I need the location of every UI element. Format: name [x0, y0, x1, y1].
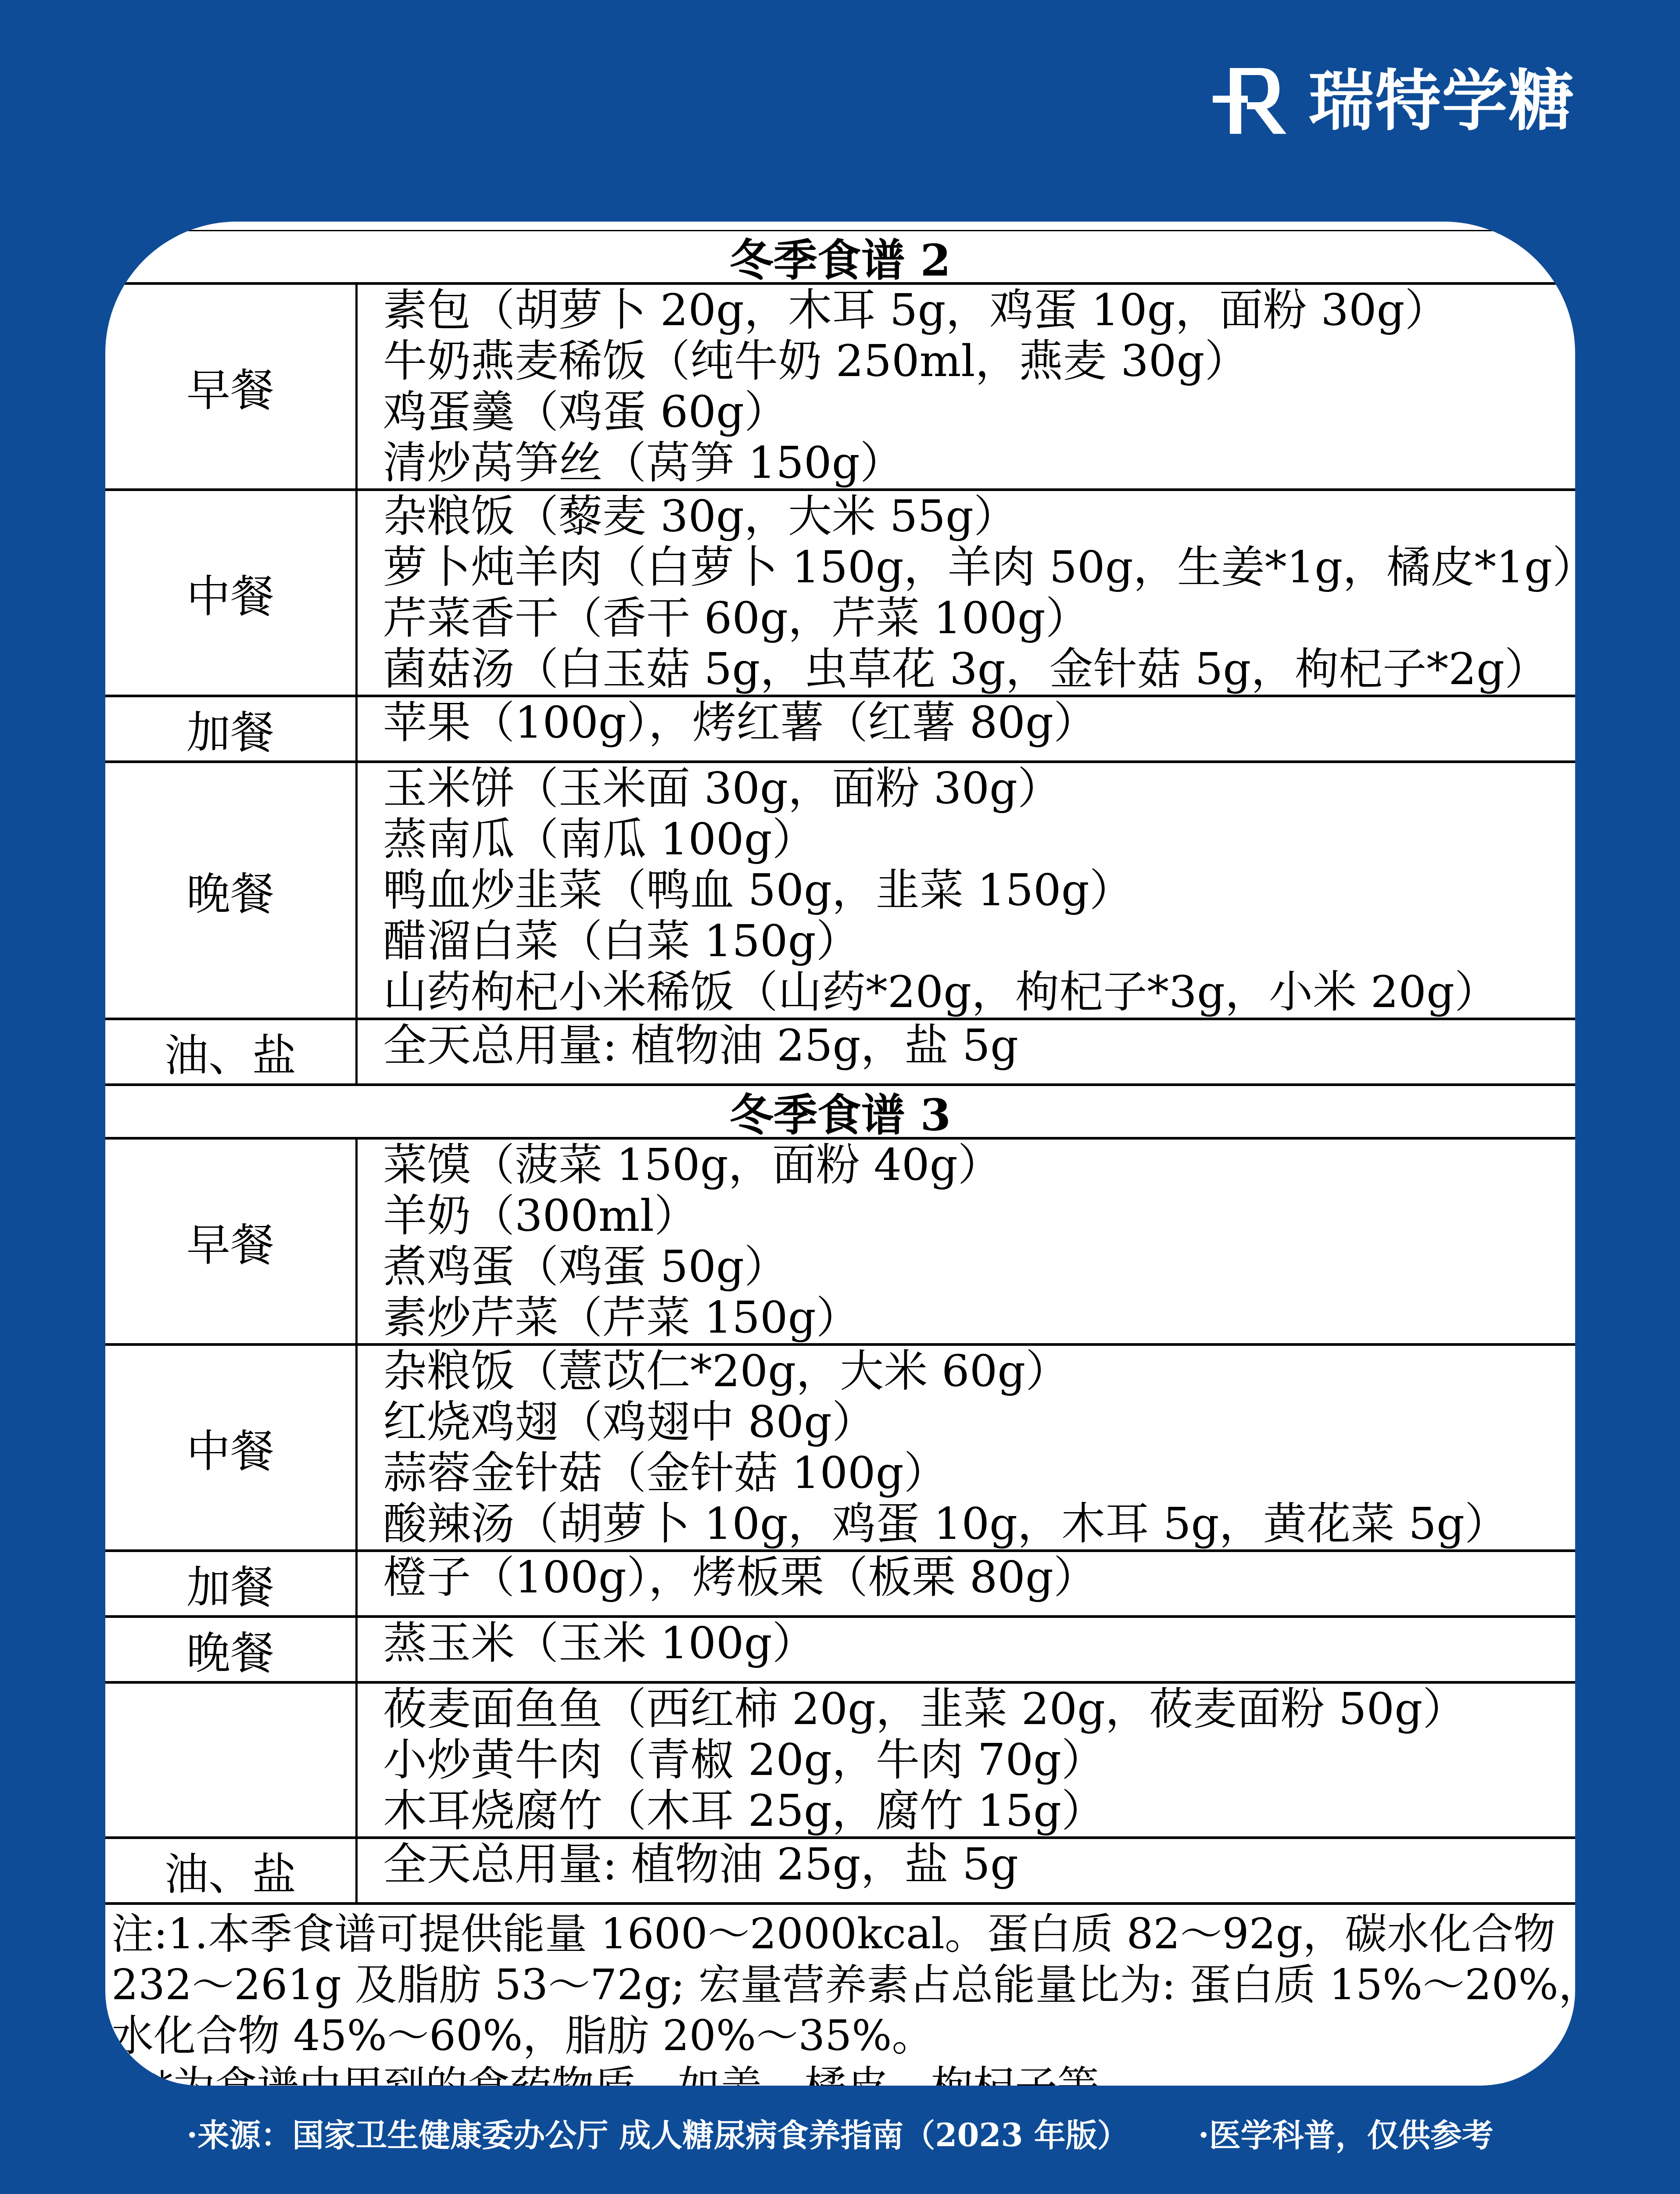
- note-text: 水化合物 45%～60%，脂肪 20%～35%。: [111, 2010, 1566, 2061]
- dish-line: 蒸南瓜（南瓜 100g）: [383, 814, 1566, 865]
- meal-row: 油、盐全天总用量: 植物油 25g，盐 5g: [105, 1839, 1575, 1905]
- dish-line: 橙子（100g），烤板栗（板栗 80g）: [383, 1552, 1566, 1603]
- notes: 注:1.本季食谱可提供能量 1600～2000kcal。蛋白质 82～92g，碳…: [105, 1905, 1575, 2086]
- dish-line: 菜馍（菠菜 150g，面粉 40g）: [383, 1140, 1566, 1190]
- meal-dishes: 橙子（100g），烤板栗（板栗 80g）: [358, 1552, 1575, 1615]
- meal-dishes: 莜麦面鱼鱼（西红柿 20g，韭菜 20g，莜麦面粉 50g）小炒黄牛肉（青椒 2…: [358, 1684, 1575, 1836]
- meal-row: 莜麦面鱼鱼（西红柿 20g，韭菜 20g，莜麦面粉 50g）小炒黄牛肉（青椒 2…: [105, 1684, 1575, 1839]
- dish-line: 杂粮饭（藜麦 30g，大米 55g）: [383, 491, 1566, 542]
- meal-label: 晚餐: [105, 1618, 358, 1681]
- dish-line: 素炒芹菜（芹菜 150g）: [383, 1292, 1566, 1343]
- meal-label: 早餐: [105, 285, 358, 488]
- meal-row: 早餐菜馍（菠菜 150g，面粉 40g）羊奶（300ml）煮鸡蛋（鸡蛋 50g）…: [105, 1140, 1575, 1346]
- footer-source: ·来源：国家卫生健康委办公厅 成人糖尿病食养指南（2023 年版）: [186, 2110, 1129, 2155]
- meal-dishes: 全天总用量: 植物油 25g，盐 5g: [358, 1020, 1575, 1083]
- meal-row: 晚餐玉米饼（玉米面 30g，面粉 30g）蒸南瓜（南瓜 100g）鸭血炒韭菜（鸭…: [105, 763, 1575, 1020]
- dish-line: 鸭血炒韭菜（鸭血 50g，韭菜 150g）: [383, 865, 1566, 916]
- meal-label: 加餐: [105, 697, 358, 760]
- footer: ·来源：国家卫生健康委办公厅 成人糖尿病食养指南（2023 年版） ·医学科普，…: [0, 2110, 1680, 2155]
- meal-label: 中餐: [105, 491, 358, 695]
- meal-row: 油、盐全天总用量: 植物油 25g，盐 5g: [105, 1020, 1575, 1086]
- dish-line: 山药枸杞小米稀饭（山药*20g，枸杞子*3g，小米 20g）: [383, 967, 1566, 1018]
- meal-row: 加餐橙子（100g），烤板栗（板栗 80g）: [105, 1552, 1575, 1618]
- meal-dishes: 菜馍（菠菜 150g，面粉 40g）羊奶（300ml）煮鸡蛋（鸡蛋 50g）素炒…: [358, 1140, 1575, 1343]
- dish-line: 红烧鸡翅（鸡翅中 80g）: [383, 1397, 1566, 1448]
- dish-line: 莜麦面鱼鱼（西红柿 20g，韭菜 20g，莜麦面粉 50g）: [383, 1684, 1566, 1735]
- meal-dishes: 蒸玉米（玉米 100g）: [358, 1618, 1575, 1681]
- meal-dishes: 素包（胡萝卜 20g，木耳 5g，鸡蛋 10g，面粉 30g）牛奶燕麦稀饭（纯牛…: [358, 285, 1575, 488]
- brand-name: 瑞特学糖: [1308, 66, 1575, 136]
- note-text: 注:1.本季食谱可提供能量 1600～2000kcal。蛋白质 82～92g，碳…: [111, 1908, 1566, 1959]
- meal-label: 油、盐: [105, 1839, 358, 1902]
- meal-row: 中餐杂粮饭（藜麦 30g，大米 55g）萝卜炖羊肉（白萝卜 150g，羊肉 50…: [105, 491, 1575, 697]
- dish-line: 芹菜香干（香干 60g，芹菜 100g）: [383, 593, 1566, 644]
- dish-line: 全天总用量: 植物油 25g，盐 5g: [383, 1020, 1566, 1071]
- meal-label: [105, 1684, 358, 1836]
- meal-label: 中餐: [105, 1346, 358, 1549]
- footer-disclaimer: ·医学科普，仅供参考: [1198, 2110, 1494, 2155]
- meal-label: 油、盐: [105, 1020, 358, 1083]
- dish-line: 萝卜炖羊肉（白萝卜 150g，羊肉 50g，生姜*1g，橘皮*1g）: [383, 542, 1566, 593]
- dish-line: 菌菇汤（白玉菇 5g，虫草花 3g，金针菇 5g，枸杞子*2g）: [383, 644, 1566, 695]
- meal-label: 早餐: [105, 1140, 358, 1343]
- meal-dishes: 杂粮饭（薏苡仁*20g，大米 60g）红烧鸡翅（鸡翅中 80g）蒜蓉金针菇（金针…: [358, 1346, 1575, 1549]
- dish-line: 玉米饼（玉米面 30g，面粉 30g）: [383, 763, 1566, 814]
- note-text: 2.*为食谱中用到的食药物质，如姜、橘皮、枸杞子等。: [111, 2061, 1566, 2086]
- dish-line: 牛奶燕麦稀饭（纯牛奶 250ml，燕麦 30g）: [383, 336, 1566, 387]
- dish-line: 木耳烧腐竹（木耳 25g，腐竹 15g）: [383, 1785, 1566, 1836]
- meal-dishes: 杂粮饭（藜麦 30g，大米 55g）萝卜炖羊肉（白萝卜 150g，羊肉 50g，…: [358, 491, 1575, 695]
- menu-title: 冬季食谱 3: [105, 1086, 1575, 1140]
- menu-title: 冬季食谱 2: [105, 231, 1575, 285]
- meal-row: 晚餐蒸玉米（玉米 100g）: [105, 1618, 1575, 1684]
- menu-table: 冬季食谱 2早餐素包（胡萝卜 20g，木耳 5g，鸡蛋 10g，面粉 30g）牛…: [105, 230, 1575, 2086]
- note-text: 232～261g 及脂肪 53～72g; 宏量营养素占总能量比为: 蛋白质 15…: [111, 1959, 1566, 2010]
- dish-line: 鸡蛋羹（鸡蛋 60g）: [383, 387, 1566, 437]
- dish-line: 苹果（100g），烤红薯（红薯 80g）: [383, 697, 1566, 748]
- dish-line: 羊奶（300ml）: [383, 1190, 1566, 1241]
- dish-line: 小炒黄牛肉（青椒 20g，牛肉 70g）: [383, 1735, 1566, 1785]
- meal-label: 晚餐: [105, 763, 358, 1018]
- menu-card: 冬季食谱 2早餐素包（胡萝卜 20g，木耳 5g，鸡蛋 10g，面粉 30g）牛…: [105, 222, 1575, 2086]
- dish-line: 酸辣汤（胡萝卜 10g，鸡蛋 10g，木耳 5g，黄花菜 5g）: [383, 1499, 1566, 1549]
- meal-row: 加餐苹果（100g），烤红薯（红薯 80g）: [105, 697, 1575, 763]
- dish-line: 清炒莴笋丝（莴笋 150g）: [383, 437, 1566, 488]
- brand-logo: 瑞特学糖: [1213, 66, 1575, 136]
- dish-line: 素包（胡萝卜 20g，木耳 5g，鸡蛋 10g，面粉 30g）: [383, 285, 1566, 336]
- dish-line: 蒸玉米（玉米 100g）: [383, 1618, 1566, 1669]
- meal-dishes: 苹果（100g），烤红薯（红薯 80g）: [358, 697, 1575, 760]
- dish-line: 醋溜白菜（白菜 150g）: [383, 916, 1566, 967]
- meal-dishes: 玉米饼（玉米面 30g，面粉 30g）蒸南瓜（南瓜 100g）鸭血炒韭菜（鸭血 …: [358, 763, 1575, 1018]
- meal-label: 加餐: [105, 1552, 358, 1615]
- dish-line: 煮鸡蛋（鸡蛋 50g）: [383, 1241, 1566, 1292]
- dish-line: 全天总用量: 植物油 25g，盐 5g: [383, 1839, 1566, 1890]
- meal-dishes: 全天总用量: 植物油 25g，盐 5g: [358, 1839, 1575, 1902]
- meal-row: 早餐素包（胡萝卜 20g，木耳 5g，鸡蛋 10g，面粉 30g）牛奶燕麦稀饭（…: [105, 285, 1575, 491]
- meal-row: 中餐杂粮饭（薏苡仁*20g，大米 60g）红烧鸡翅（鸡翅中 80g）蒜蓉金针菇（…: [105, 1346, 1575, 1552]
- brand-r-mark-icon: [1213, 68, 1286, 134]
- dish-line: 杂粮饭（薏苡仁*20g，大米 60g）: [383, 1346, 1566, 1397]
- dish-line: 蒜蓉金针菇（金针菇 100g）: [383, 1448, 1566, 1499]
